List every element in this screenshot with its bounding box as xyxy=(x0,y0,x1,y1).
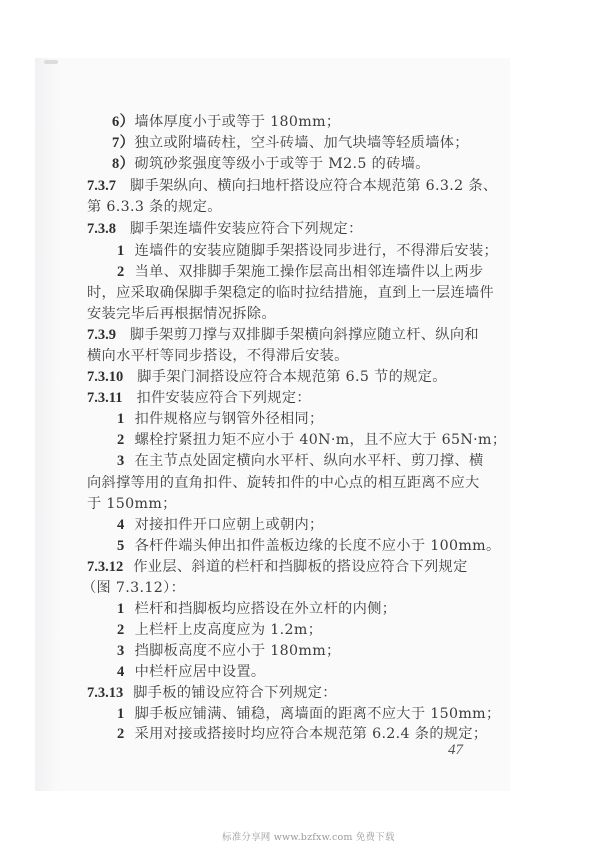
list-item: 1脚手板应铺满、铺稳，离墙面的距离不应大于 150mm； xyxy=(117,705,501,723)
list-item: 1连墙件的安装应随脚手架搭设同步进行，不得滞后安装； xyxy=(117,242,498,260)
item-number: 6） xyxy=(112,113,134,131)
item-number: 2 xyxy=(117,431,125,449)
clause-text: 扣件安装应符合下列规定： xyxy=(136,390,310,406)
item-text: 墙体厚度小于或等于 180mm； xyxy=(134,114,340,130)
clause-text: 脚手板的铺设应符合下列规定： xyxy=(133,685,337,701)
item-number: 7） xyxy=(112,134,134,152)
list-item: 3在主节点处固定横向水平杆、纵向水平杆、剪刀撑、横 xyxy=(117,452,484,470)
list-item: 4中栏杆应居中设置。 xyxy=(117,663,265,681)
item-text: 采用对接或搭接时均应符合本规范第 6.2.4 条的规定； xyxy=(135,726,488,742)
list-item: 2采用对接或搭接时均应符合本规范第 6.2.4 条的规定； xyxy=(117,725,487,743)
item-text: 中栏杆应居中设置。 xyxy=(135,664,266,680)
item-number: 1 xyxy=(117,242,125,260)
item-text: 时，应采取确保脚手架稳定的临时拉结措施，直到上一层连墙件 xyxy=(87,285,494,301)
list-item: 5各杆件端头伸出扣件盖板边缘的长度不应小于 100mm。 xyxy=(117,537,501,555)
figure-reference: （图 7.3.12）： xyxy=(82,579,185,597)
item-number: 8） xyxy=(112,155,134,173)
item-text: 安装完毕后再根据情况拆除。 xyxy=(87,306,276,322)
item-continuation: 向斜撑等用的直角扣件、旋转扣件的中心点的相互距离不应大 xyxy=(87,474,480,492)
item-text: 挡脚板高度不应小于 180mm； xyxy=(135,643,341,659)
clause-text: 横向水平杆等同步搭设，不得滞后安装。 xyxy=(87,348,349,364)
page-number: 47 xyxy=(448,742,463,759)
item-text: 螺栓拧紧扭力矩不应小于 40N·m，且不应大于 65N·m； xyxy=(135,432,507,448)
clause-number: 7.3.7 xyxy=(87,178,116,194)
clause-text: （图 7.3.12）： xyxy=(82,580,185,596)
item-text: 栏杆和挡脚板均应搭设在外立杆的内侧； xyxy=(135,601,397,617)
clause-text: 脚手架门洞搭设应符合本规范第 6.5 节的规定。 xyxy=(137,369,447,385)
clause-continuation: 横向水平杆等同步搭设，不得滞后安装。 xyxy=(87,347,349,365)
item-text: 当单、双排脚手架施工操作层高出相邻连墙件以上两步 xyxy=(135,264,484,280)
list-item: 2上栏杆上皮高度应为 1.2m； xyxy=(117,621,322,639)
item-continuation: 安装完毕后再根据情况拆除。 xyxy=(87,305,276,323)
clause-number: 7.3.11 xyxy=(87,390,122,406)
clause-7-3-7: 7.3.7脚手架纵向、横向扫地杆搭设应符合本规范第 6.3.2 条、 xyxy=(87,177,497,195)
item-text: 脚手板应铺满、铺稳，离墙面的距离不应大于 150mm； xyxy=(135,706,501,722)
item-text: 在主节点处固定横向水平杆、纵向水平杆、剪刀撑、横 xyxy=(135,453,484,469)
clause-text: 第 6.3.3 条的规定。 xyxy=(87,199,222,215)
item-text: 独立或附墙砖柱，空斗砖墙、加气块墙等轻质墙体； xyxy=(134,135,468,151)
page-binding-shadow xyxy=(35,58,59,791)
item-number: 3 xyxy=(117,642,125,660)
clause-number: 7.3.12 xyxy=(87,559,123,575)
item-number: 4 xyxy=(117,516,125,534)
list-item-7: 7）独立或附墙砖柱，空斗砖墙、加气块墙等轻质墙体； xyxy=(112,134,469,152)
item-number: 2 xyxy=(117,263,125,281)
clause-7-3-10: 7.3.10脚手架门洞搭设应符合本规范第 6.5 节的规定。 xyxy=(87,368,447,386)
clause-text: 脚手架连墙件安装应符合下列规定： xyxy=(130,221,363,237)
item-number: 5 xyxy=(117,537,125,555)
item-number: 1 xyxy=(117,600,125,618)
watermark-footer: 标准分享网 www.bzfxw.com 免费下载 xyxy=(222,829,395,843)
item-continuation: 于 150mm； xyxy=(87,495,177,513)
item-number: 2 xyxy=(117,725,125,743)
item-text: 砌筑砂浆强度等级小于或等于 M2.5 的砖墙。 xyxy=(134,156,429,172)
item-number: 1 xyxy=(117,705,125,723)
item-continuation: 时，应采取确保脚手架稳定的临时拉结措施，直到上一层连墙件 xyxy=(87,284,494,302)
item-number: 3 xyxy=(117,452,125,470)
list-item: 2当单、双排脚手架施工操作层高出相邻连墙件以上两步 xyxy=(117,263,484,281)
list-item: 1扣件规格应与钢管外径相同； xyxy=(117,410,324,428)
clause-number: 7.3.8 xyxy=(87,221,116,237)
clause-number: 7.3.9 xyxy=(87,327,116,343)
clause-text: 作业层、斜道的栏杆和挡脚板的搭设应符合下列规定 xyxy=(133,559,467,575)
clause-7-3-9: 7.3.9脚手架剪刀撑与双排脚手架横向斜撑应随立杆、纵向和 xyxy=(87,326,479,344)
list-item: 2螺栓拧紧扭力矩不应小于 40N·m，且不应大于 65N·m； xyxy=(117,431,506,449)
clause-7-3-11: 7.3.11扣件安装应符合下列规定： xyxy=(87,389,311,407)
list-item: 1栏杆和挡脚板均应搭设在外立杆的内侧； xyxy=(117,600,396,618)
item-text: 连墙件的安装应随脚手架搭设同步进行，不得滞后安装； xyxy=(135,243,498,259)
clause-text: 脚手架纵向、横向扫地杆搭设应符合本规范第 6.3.2 条、 xyxy=(130,178,497,194)
clause-continuation: 第 6.3.3 条的规定。 xyxy=(87,198,222,216)
clause-number: 7.3.13 xyxy=(87,685,123,701)
item-number: 2 xyxy=(117,621,125,639)
clause-7-3-8: 7.3.8脚手架连墙件安装应符合下列规定： xyxy=(87,220,363,238)
list-item: 3挡脚板高度不应小于 180mm； xyxy=(117,642,341,660)
item-text: 于 150mm； xyxy=(87,496,177,512)
clause-7-3-13: 7.3.13脚手板的铺设应符合下列规定： xyxy=(87,684,337,702)
clause-7-3-12: 7.3.12作业层、斜道的栏杆和挡脚板的搭设应符合下列规定 xyxy=(87,558,468,576)
scan-mark xyxy=(44,60,58,64)
list-item-8: 8）砌筑砂浆强度等级小于或等于 M2.5 的砖墙。 xyxy=(112,155,430,173)
list-item-6: 6）墙体厚度小于或等于 180mm； xyxy=(112,113,340,131)
list-item: 4对接扣件开口应朝上或朝内； xyxy=(117,516,324,534)
item-text: 向斜撑等用的直角扣件、旋转扣件的中心点的相互距离不应大 xyxy=(87,475,480,491)
item-number: 4 xyxy=(117,663,125,681)
item-text: 对接扣件开口应朝上或朝内； xyxy=(135,517,324,533)
item-text: 扣件规格应与钢管外径相同； xyxy=(135,411,324,427)
clause-number: 7.3.10 xyxy=(87,369,123,385)
item-text: 各杆件端头伸出扣件盖板边缘的长度不应小于 100mm。 xyxy=(135,538,501,554)
item-text: 上栏杆上皮高度应为 1.2m； xyxy=(135,622,323,638)
item-number: 1 xyxy=(117,410,125,428)
clause-text: 脚手架剪刀撑与双排脚手架横向斜撑应随立杆、纵向和 xyxy=(130,327,479,343)
